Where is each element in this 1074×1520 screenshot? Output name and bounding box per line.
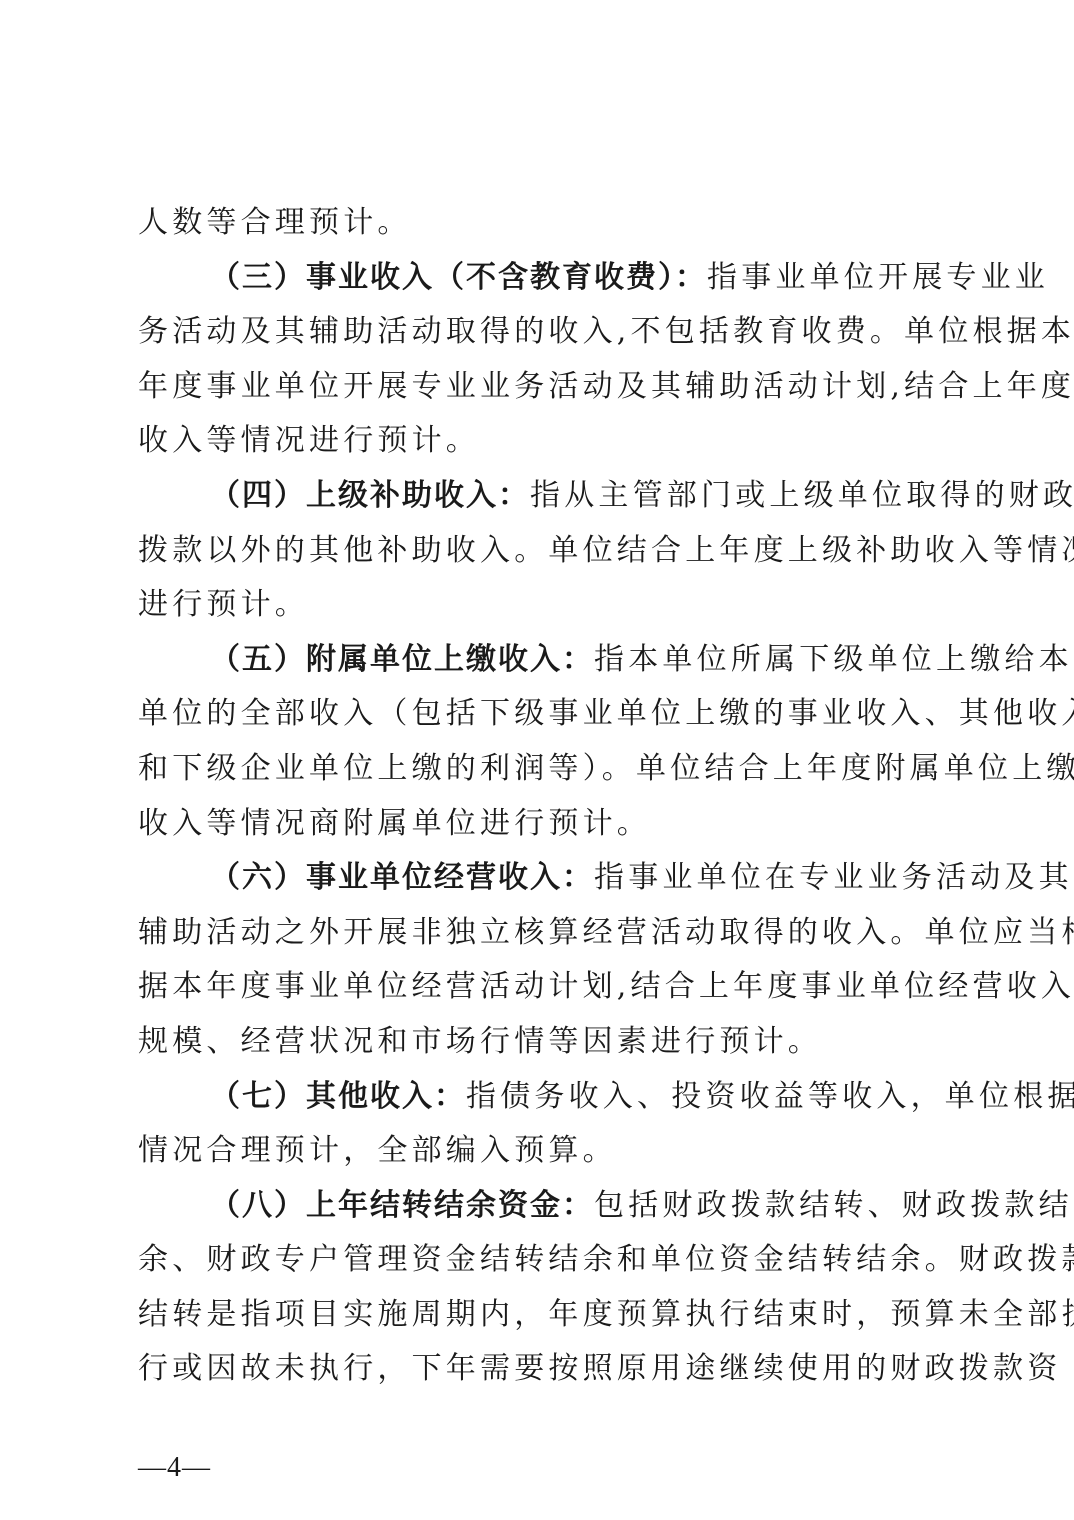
text-line: 情况合理预计，全部编入预算。 [138,1124,938,1179]
section-heading-line: （三）事业收入（不含教育收费）：指事业单位开展专业业 [138,251,938,306]
text-line: 规模、经营状况和市场行情等因素进行预计。 [138,1015,938,1070]
document-body: 人数等合理预计。 （三）事业收入（不含教育收费）：指事业单位开展专业业 务活动及… [138,196,938,1397]
section-heading-line: （六）事业单位经营收入：指事业单位在专业业务活动及其 [138,851,938,906]
section-heading-line: （四）上级补助收入：指从主管部门或上级单位取得的财政 [138,469,938,524]
text-line: 行或因故未执行，下年需要按照原用途继续使用的财政拨款资 [138,1342,938,1397]
text-line: 结转是指项目实施周期内，年度预算执行结束时，预算未全部执 [138,1288,938,1343]
section-heading: （八）上年结转结余资金： [210,1188,594,1223]
text-line: 辅助活动之外开展非独立核算经营活动取得的收入。单位应当根 [138,906,938,961]
text-line: 人数等合理预计。 [138,196,938,251]
text-line: 和下级企业单位上缴的利润等）。单位结合上年度附属单位上缴 [138,742,938,797]
text-line: 收入等情况商附属单位进行预计。 [138,797,938,852]
section-heading: （七）其他收入： [210,1079,466,1114]
section-heading-line: （七）其他收入：指债务收入、投资收益等收入，单位根据 [138,1070,938,1125]
section-heading-line: （五）附属单位上缴收入：指本单位所属下级单位上缴给本 [138,633,938,688]
text-line: 拨款以外的其他补助收入。单位结合上年度上级补助收入等情况 [138,524,938,579]
text-line: 务活动及其辅助活动取得的收入,不包括教育收费。单位根据本 [138,305,938,360]
text-line: 据本年度事业单位经营活动计划,结合上年度事业单位经营收入 [138,960,938,1015]
text-line: 余、财政专户管理资金结转结余和单位资金结转结余。财政拨款 [138,1233,938,1288]
section-heading: （五）附属单位上缴收入： [210,642,594,677]
text-line: 单位的全部收入（包括下级事业单位上缴的事业收入、其他收入 [138,687,938,742]
text-line: 收入等情况进行预计。 [138,414,938,469]
section-heading: （六）事业单位经营收入： [210,860,594,895]
page-number: —4— [138,1452,211,1484]
section-heading-line: （八）上年结转结余资金：包括财政拨款结转、财政拨款结 [138,1179,938,1234]
text-line: 年度事业单位开展专业业务活动及其辅助活动计划,结合上年度 [138,360,938,415]
section-heading: （三）事业收入（不含教育收费）： [210,260,707,295]
text-line: 进行预计。 [138,578,938,633]
section-heading: （四）上级补助收入： [210,478,530,513]
